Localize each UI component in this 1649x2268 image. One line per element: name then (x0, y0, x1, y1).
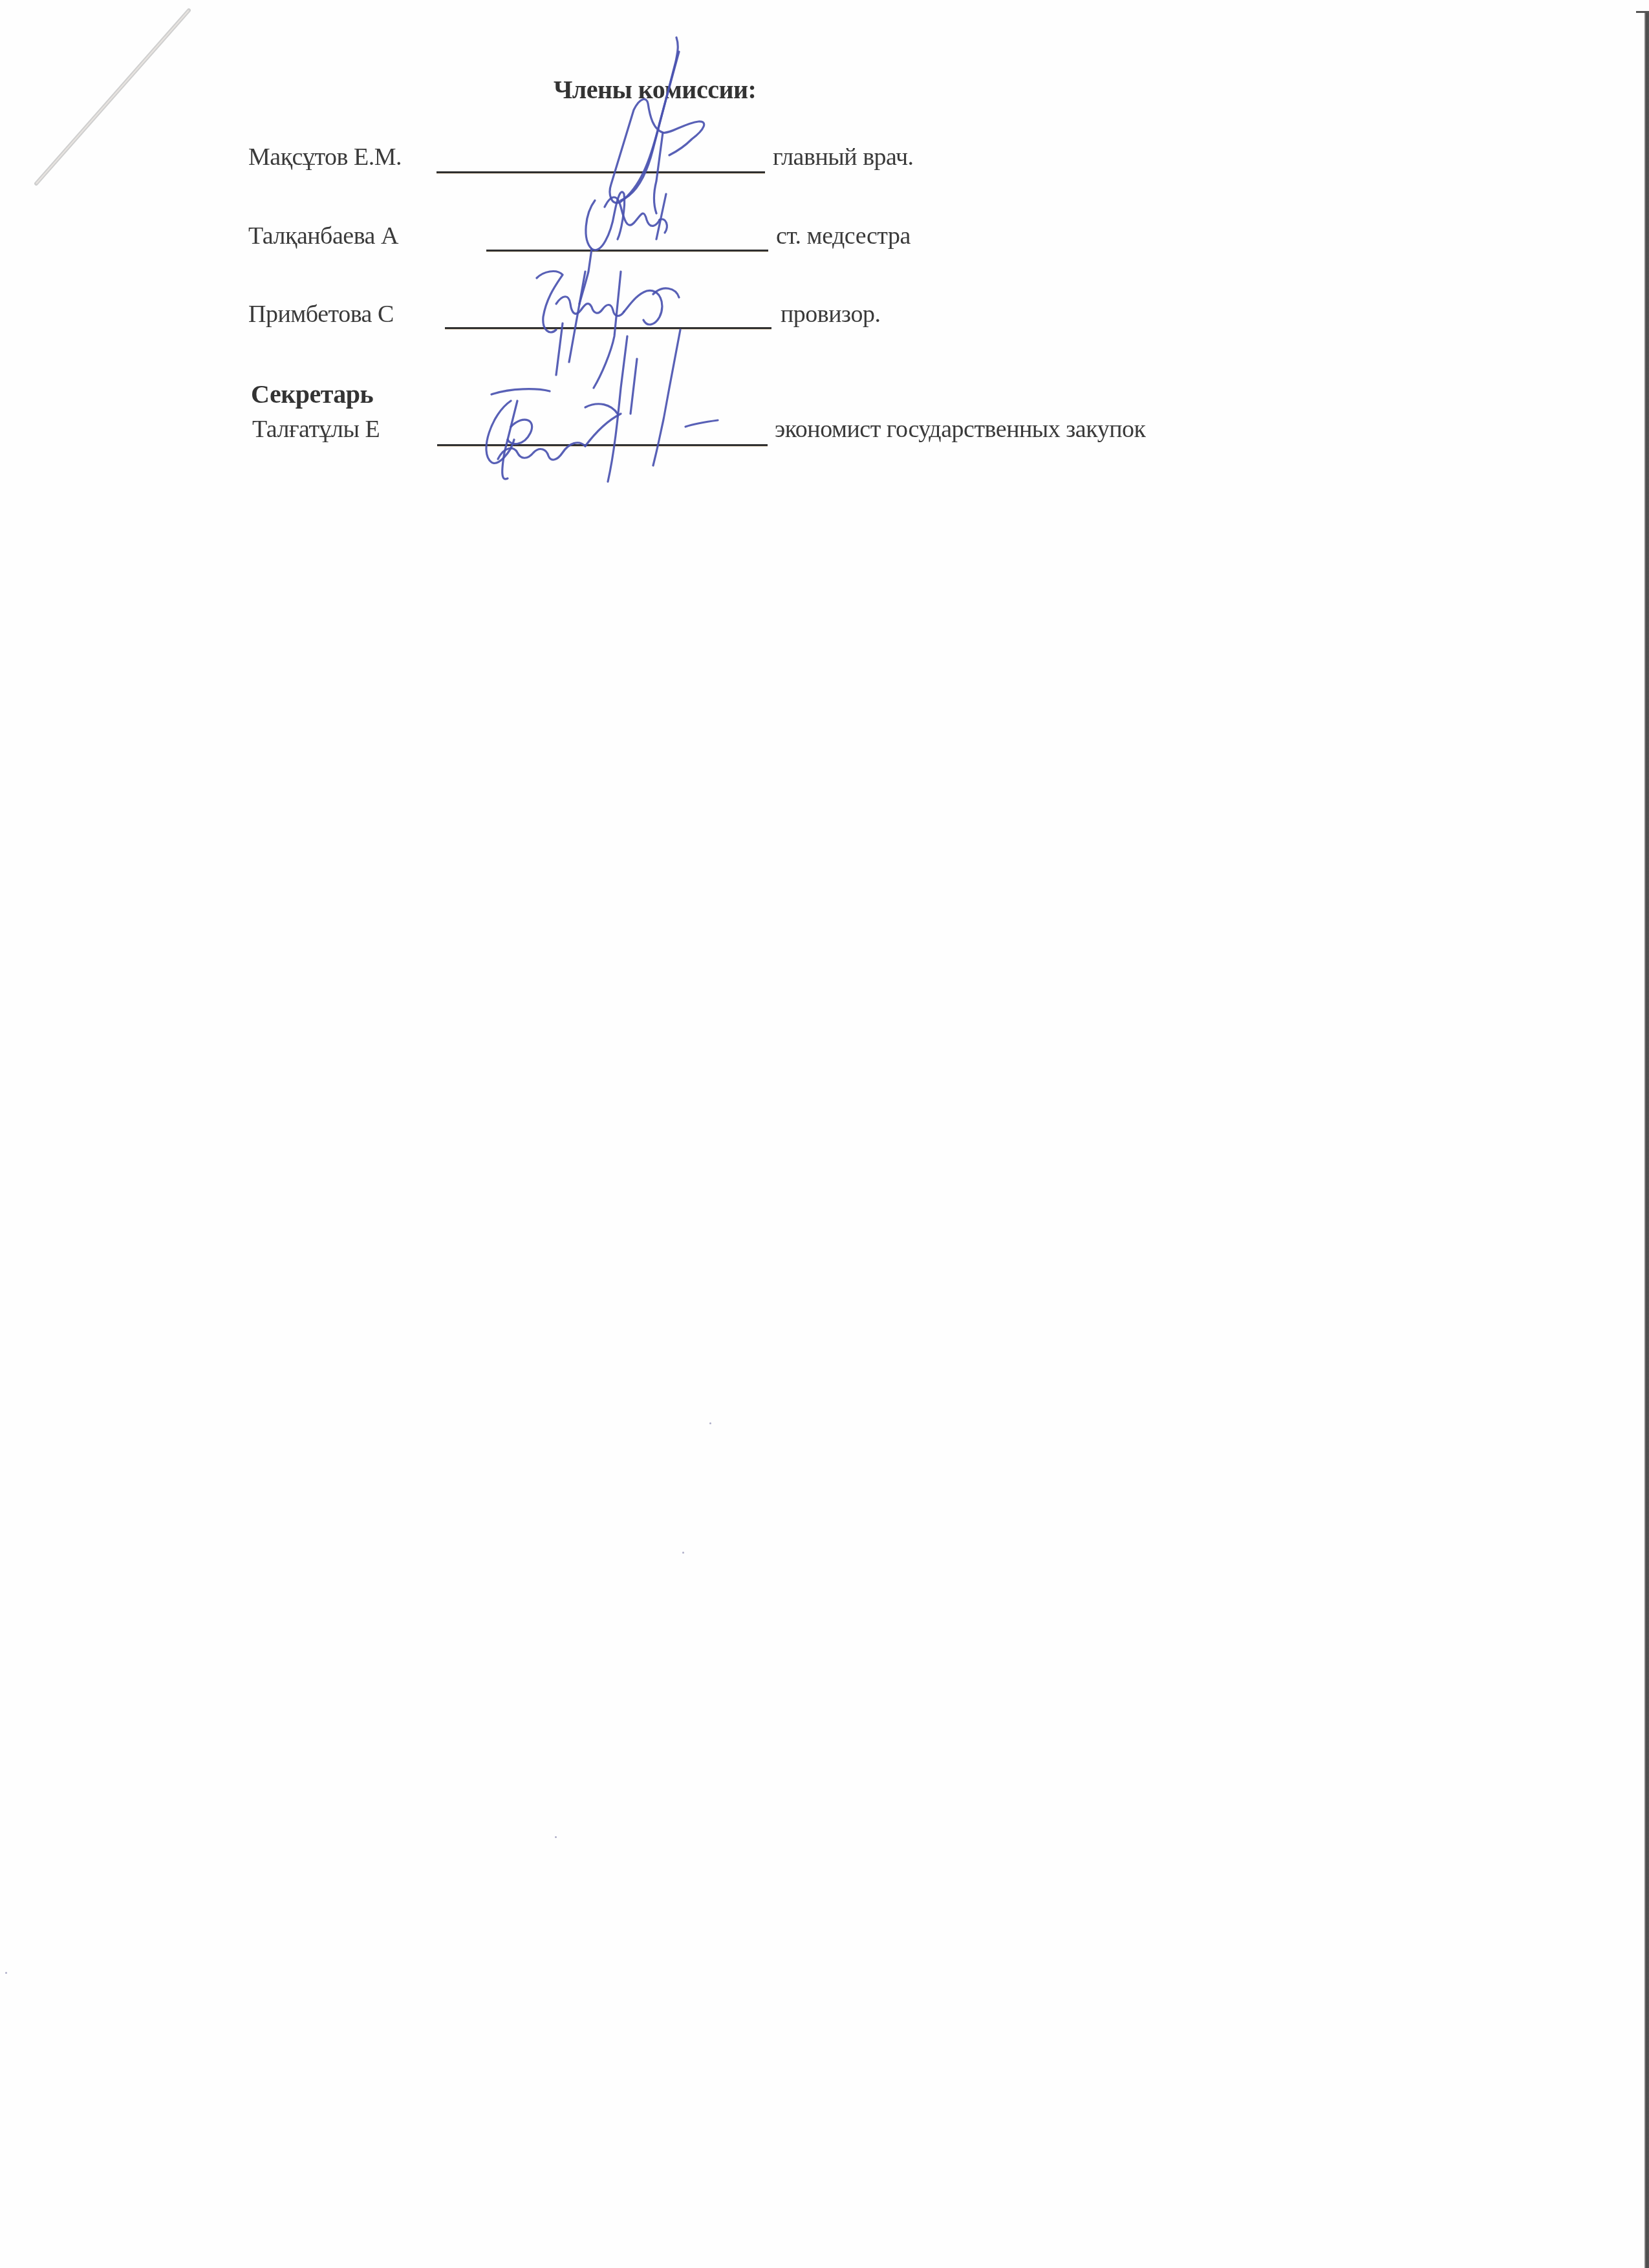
member-name-3: Примбетова С (248, 302, 394, 326)
member-role-3: провизор. (781, 302, 880, 326)
scan-speck (682, 1552, 684, 1554)
scan-speck (5, 1972, 7, 1974)
secretary-role: экономист государственных закупок (775, 417, 1145, 442)
scan-speck (709, 1422, 711, 1424)
signature-line-2 (486, 250, 768, 251)
signature-3-icon (537, 272, 680, 465)
secretary-name: Талғатұлы Е (252, 417, 380, 442)
commission-members-heading: Члены комиссии: (554, 77, 756, 103)
scan-speck (555, 1836, 557, 1838)
scanned-page: Члены комиссии: Мақсұтов Е.М. главный вр… (0, 0, 1649, 2268)
member-role-2: ст. медсестра (776, 224, 911, 248)
signature-line-secretary (437, 444, 768, 446)
signature-line-3 (445, 327, 771, 329)
corner-fold-artifact (0, 0, 1649, 2268)
member-name-2: Талқанбаева А (248, 224, 398, 248)
handwritten-signatures (0, 0, 1649, 2268)
member-name-1: Мақсұтов Е.М. (248, 145, 402, 169)
signature-4-icon (486, 336, 718, 482)
scan-edge-shadow (1644, 12, 1649, 2268)
signature-2-icon (579, 192, 667, 304)
member-role-1: главный врач. (773, 145, 914, 169)
scan-edge-corner (1636, 11, 1649, 13)
signature-line-1 (436, 171, 765, 173)
secretary-label: Секретарь (251, 381, 373, 407)
signature-1-icon (610, 37, 704, 213)
